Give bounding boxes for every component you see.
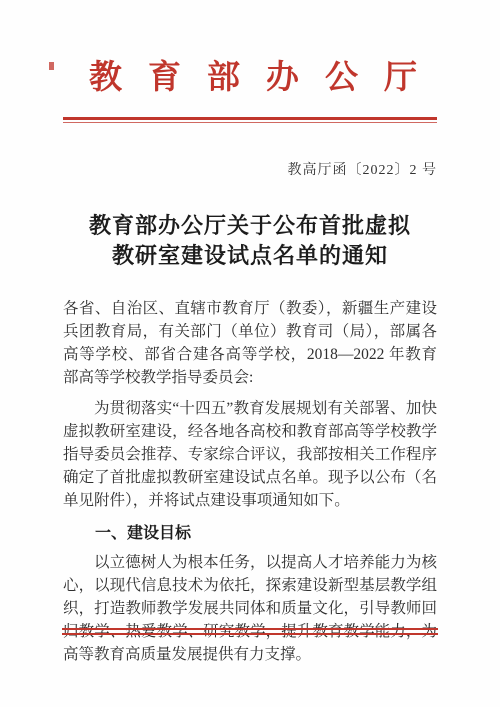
document-body: 各省、自治区、直辖市教育厅（教委），新疆生产建设兵团教育局，有关部门（单位）教育…	[63, 297, 437, 666]
scan-artifact-mark	[49, 62, 54, 70]
header-divider-thin-line	[63, 122, 437, 123]
salutation-paragraph: 各省、自治区、直辖市教育厅（教委），新疆生产建设兵团教育局，有关部门（单位）教育…	[63, 297, 437, 389]
document-page: 教育部办公厅 教高厅函〔2022〕2 号 教育部办公厅关于公布首批虚拟 教研室建…	[0, 0, 500, 707]
document-title-line-1: 教育部办公厅关于公布首批虚拟	[63, 211, 437, 241]
header-divider-thick-line	[63, 117, 437, 120]
intro-paragraph: 为贯彻落实“十四五”教育发展规划有关部署、加快虚拟教研室建设，经各地各高校和教育…	[63, 397, 437, 512]
header-divider	[63, 117, 437, 123]
document-title: 教育部办公厅关于公布首批虚拟 教研室建设试点名单的通知	[63, 211, 437, 271]
letterhead: 教育部办公厅	[63, 58, 437, 123]
section-1-paragraph: 以立德树人为根本任务，以提高人才培养能力为核心，以现代信息技术为依托，探索建设新…	[63, 551, 437, 666]
document-title-line-2: 教研室建设试点名单的通知	[63, 241, 437, 271]
footer-divider	[62, 628, 438, 635]
footer-divider-bottom-line	[62, 633, 438, 635]
section-1-heading: 一、建设目标	[63, 522, 437, 545]
document-number: 教高厅函〔2022〕2 号	[63, 161, 437, 181]
agency-title: 教育部办公厅	[63, 58, 437, 98]
footer-divider-top-line	[62, 628, 438, 630]
